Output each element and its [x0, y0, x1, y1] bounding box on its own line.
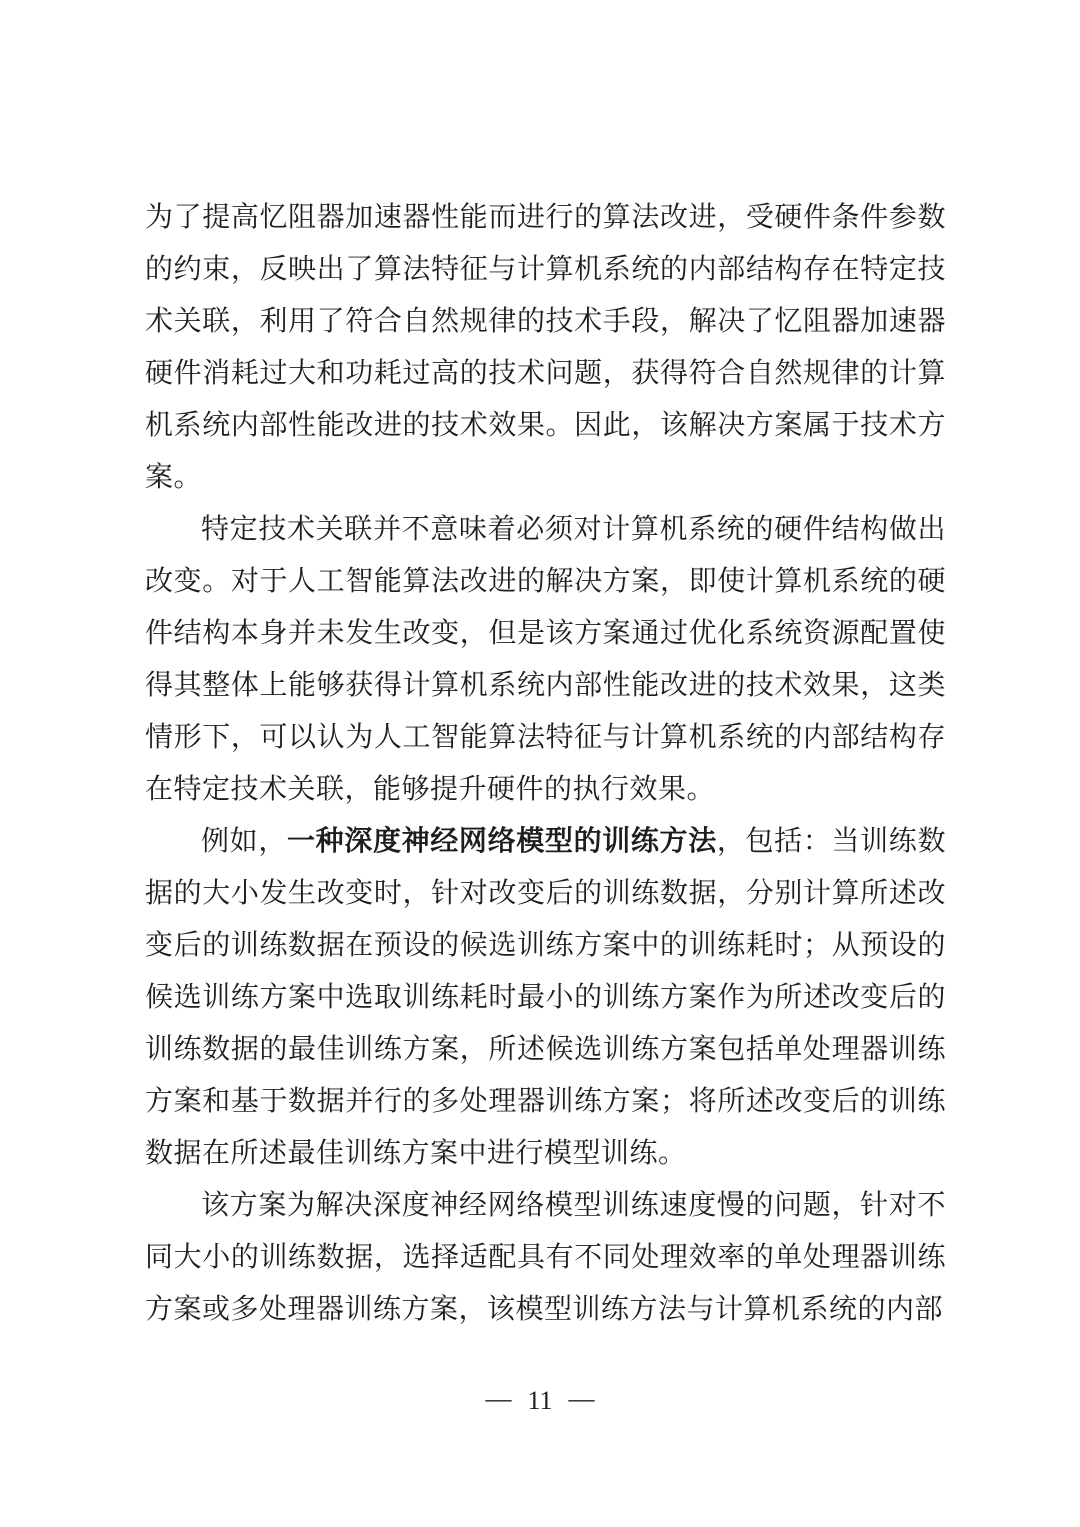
- text-run: ，包括：当训练数据的大小发生改变时，针对改变后的训练数据，分别计算所述改变后的训…: [145, 826, 946, 1169]
- page-footer: —11—: [0, 1385, 1080, 1417]
- page-number: 11: [527, 1386, 552, 1415]
- paragraph: 例如，一种深度神经网络模型的训练方法，包括：当训练数据的大小发生改变时，针对改变…: [145, 816, 946, 1180]
- paragraph: 该方案为解决深度神经网络模型训练速度慢的问题，针对不同大小的训练数据，选择适配具…: [145, 1180, 946, 1336]
- text-run: 为了提高忆阻器加速器性能而进行的算法改进，受硬件条件参数的约束，反映出了算法特征…: [145, 202, 946, 493]
- document-page: 为了提高忆阻器加速器性能而进行的算法改进，受硬件条件参数的约束，反映出了算法特征…: [0, 0, 1080, 1527]
- bold-text-run: 一种深度神经网络模型的训练方法: [287, 826, 717, 857]
- document-text-block: 为了提高忆阻器加速器性能而进行的算法改进，受硬件条件参数的约束，反映出了算法特征…: [145, 192, 946, 1336]
- paragraph: 为了提高忆阻器加速器性能而进行的算法改进，受硬件条件参数的约束，反映出了算法特征…: [145, 192, 946, 504]
- footer-right-rule: —: [569, 1383, 595, 1415]
- text-run: 特定技术关联并不意味着必须对计算机系统的硬件结构做出改变。对于人工智能算法改进的…: [145, 514, 946, 805]
- paragraph: 特定技术关联并不意味着必须对计算机系统的硬件结构做出改变。对于人工智能算法改进的…: [145, 504, 946, 816]
- footer-left-rule: —: [485, 1383, 511, 1415]
- text-run: 例如，: [201, 826, 287, 857]
- text-run: 该方案为解决深度神经网络模型训练速度慢的问题，针对不同大小的训练数据，选择适配具…: [145, 1190, 946, 1325]
